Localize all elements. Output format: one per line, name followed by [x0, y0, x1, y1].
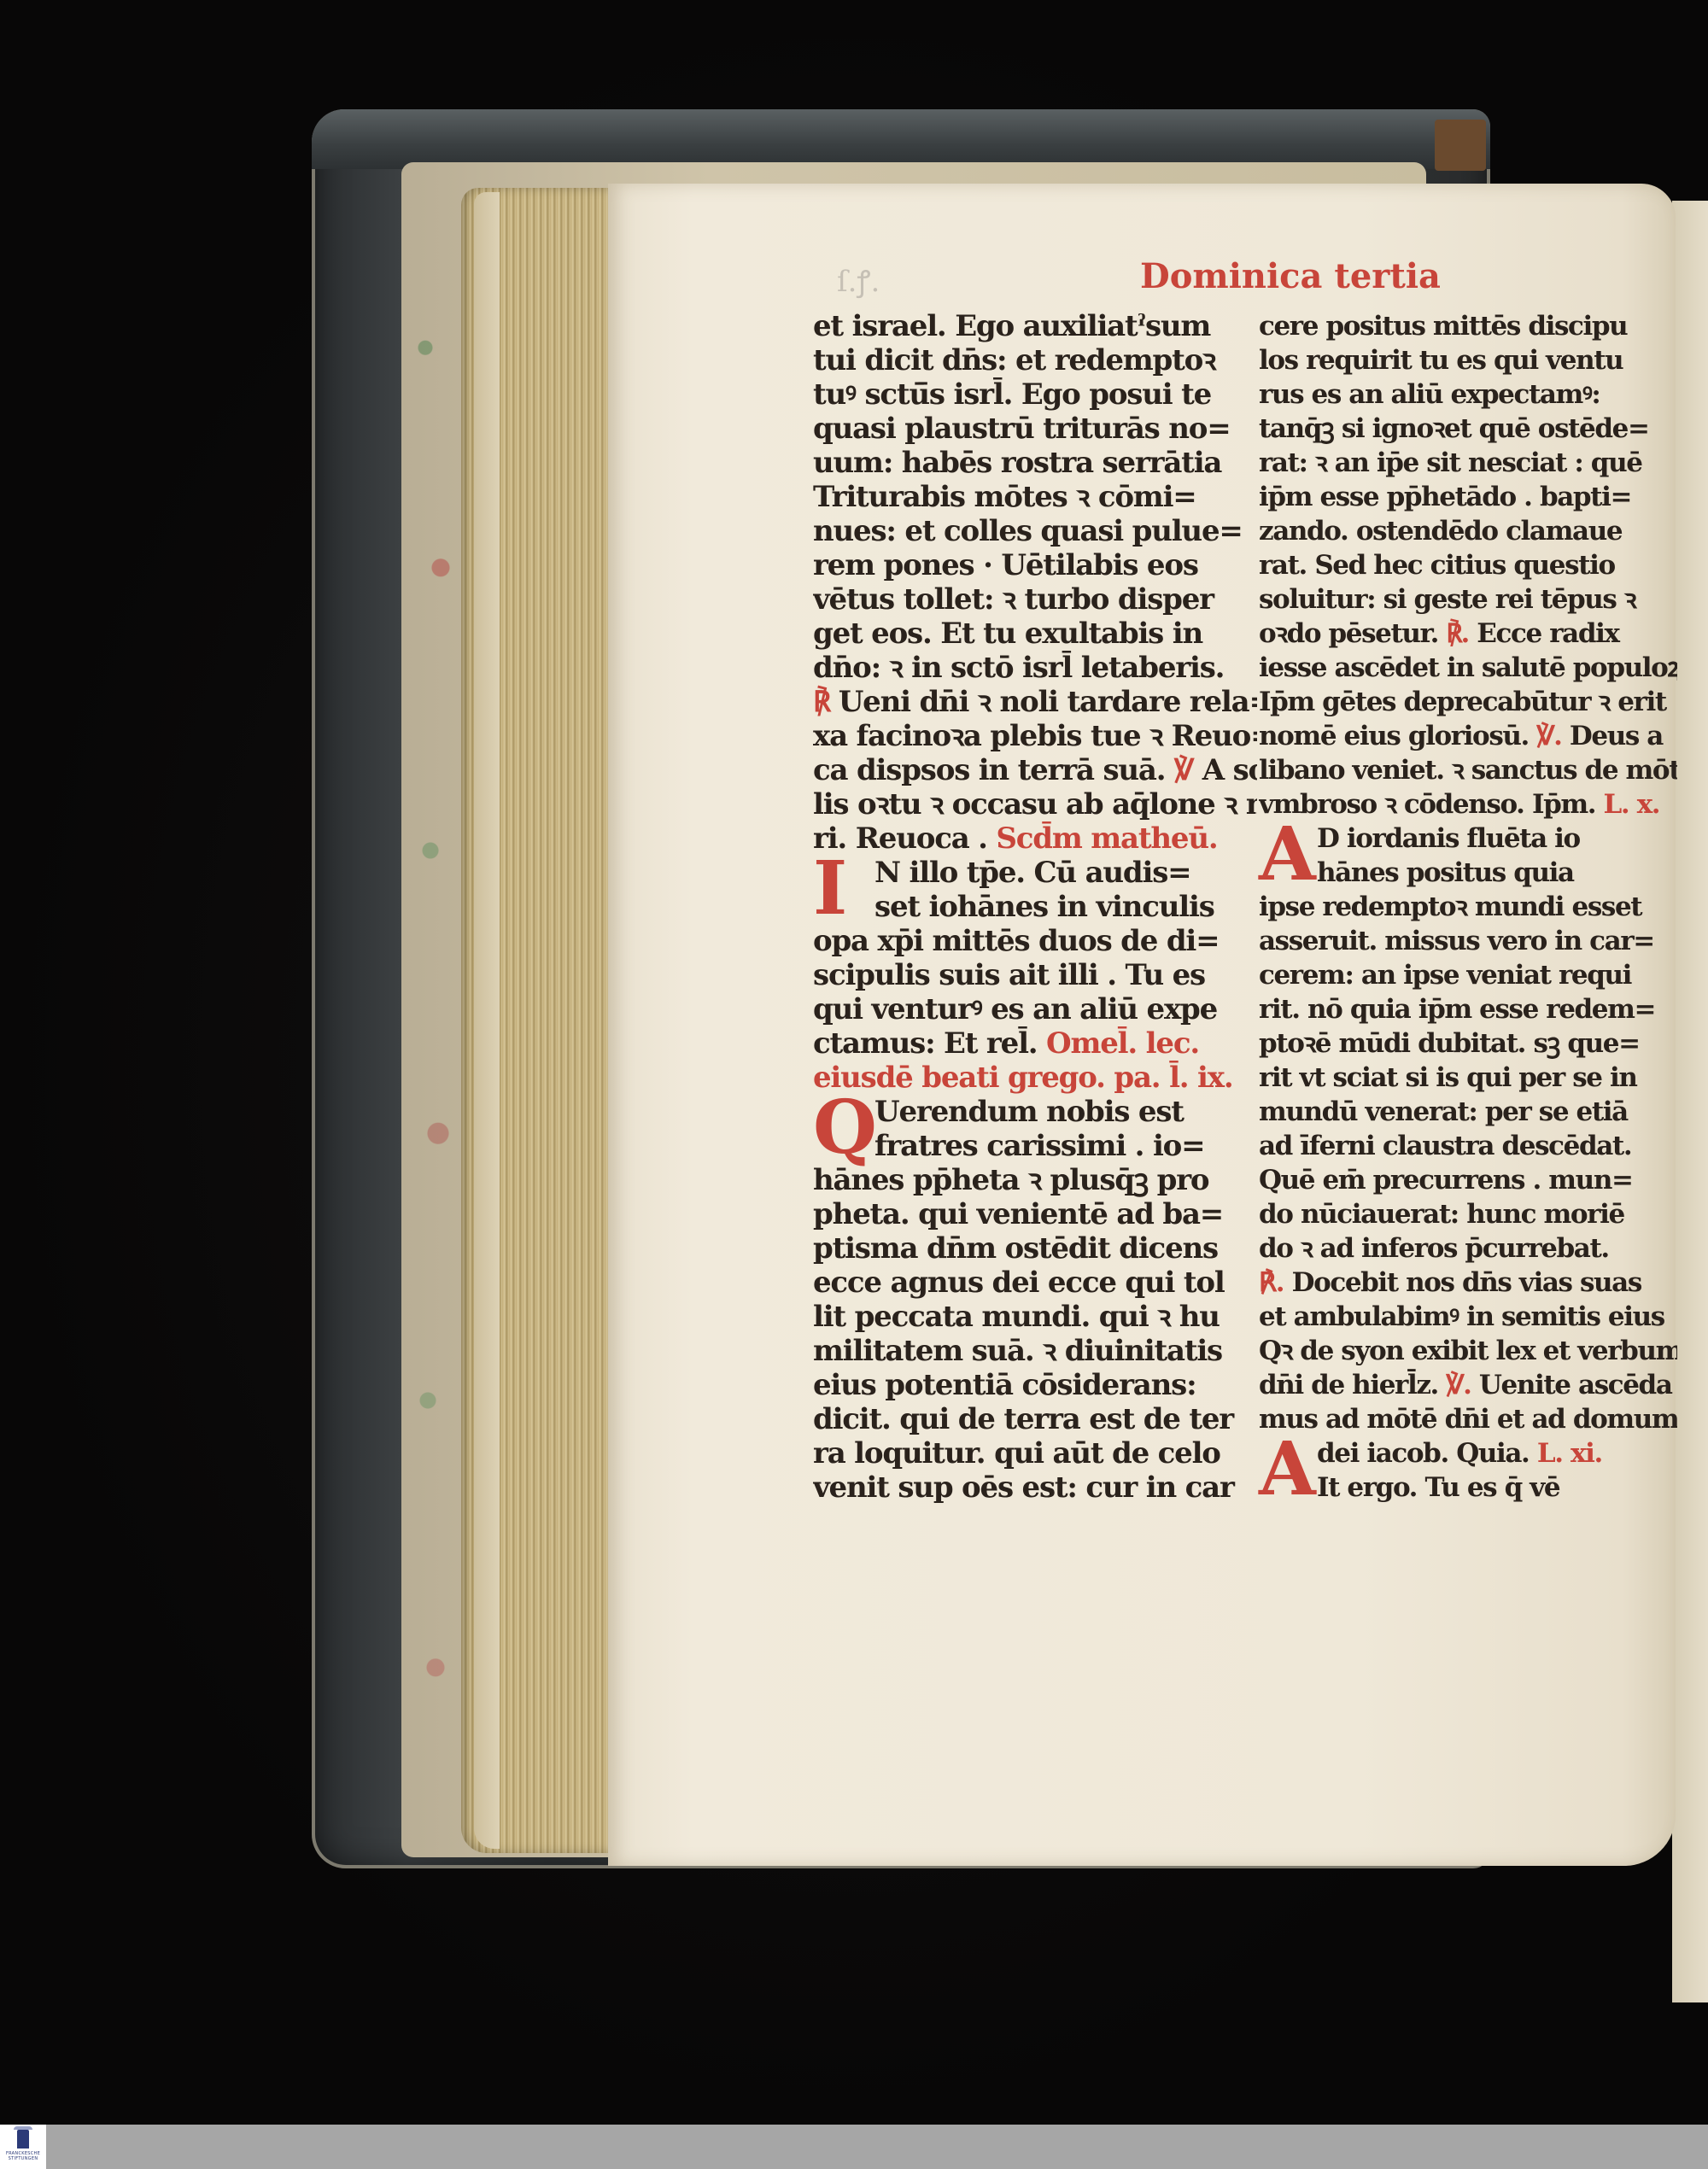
logo-figure-icon — [17, 2130, 29, 2149]
line-text: opa xp̄i mittēs duos de di= — [813, 924, 1219, 958]
line-text: fratres carissimi . io= — [874, 1129, 1204, 1163]
line-text: ptoꝛē mūdi dubitat. sꝫ que= — [1259, 1028, 1640, 1059]
line-text: mundū venerat: per se etiā — [1259, 1096, 1628, 1127]
text-line: ri. Reuoca . Scd̄m matheū. — [813, 821, 1257, 856]
line-text: ecce agnus dei ecce qui tol — [813, 1266, 1225, 1300]
text-line: vmbroso ꝛ cōdenso. Ip̄m. L. x. — [1259, 787, 1677, 821]
line-text: do nūciauerat: hunc moriē — [1259, 1199, 1624, 1230]
rubric-heading: L. x. — [1595, 789, 1659, 820]
text-line: qui venturꝰ es an aliū expe — [813, 992, 1257, 1026]
line-text: soluitur: si geste rei tēpus ꝛ — [1259, 584, 1635, 615]
line-text: iesse ascēdet in salutē populoꝝ — [1259, 652, 1677, 683]
text-line: opa xp̄i mittēs duos de di= — [813, 924, 1257, 958]
rubric-heading: Scd̄m matheū. — [987, 821, 1218, 856]
line-text: Ip̄m gētes deprecabūtur ꝛ erit — [1259, 687, 1666, 717]
line-text: tuꝰ sctū̄s isrl̄. Ego posui te — [813, 377, 1211, 412]
text-line: et ambulabimꝰ in semitis eius — [1259, 1300, 1677, 1334]
text-line: tuꝰ sctū̄s isrl̄. Ego posui te — [813, 377, 1257, 412]
text-line: ad īferni claustra descēdat. — [1259, 1129, 1677, 1163]
text-line: lis oꝛtu ꝛ occasu ab aq̄lone ꝛ ma — [813, 787, 1257, 821]
line-text: It ergo. Tu es q̄ vē — [1317, 1472, 1559, 1503]
line-text: xa facinoꝛa plebis tue ꝛ Reuo= — [813, 719, 1257, 753]
line-text: libano veniet. ꝛ sanctus de mōte — [1259, 755, 1677, 786]
text-line: vētus tollet: ꝛ turbo disper — [813, 582, 1257, 617]
line-text: dn̄i de hierl̄z. — [1259, 1370, 1438, 1400]
text-line: ctamus: Et rel̄. Omel̄. lec. — [813, 1026, 1257, 1061]
page-edge-inner — [474, 192, 500, 1849]
line-text: dn̄o: ꝛ in sctō isrl̄ letaberis. — [813, 651, 1224, 685]
line-text: Quē em̄ precurrens . mun= — [1259, 1165, 1633, 1196]
rubric-mark: ℣ — [1165, 753, 1193, 787]
line-text: cere positus mittēs discipu — [1259, 311, 1627, 342]
line-text: dei iacob. Quia. — [1317, 1438, 1529, 1469]
line-text: ad īferni claustra descēdat. — [1259, 1131, 1631, 1161]
line-text: rus es an aliū expectamꝰ: — [1259, 379, 1600, 410]
running-head: Dominica tertia — [1140, 256, 1441, 296]
text-line: hānes pp̄heta ꝛ plusq̄ꝫ pro — [813, 1163, 1257, 1197]
facing-page-edge — [1672, 201, 1708, 2002]
text-column-left: et israel. Ego auxiliatˀsumtui dicit dn̄… — [813, 309, 1257, 1505]
text-line: ptoꝛē mūdi dubitat. sꝫ que= — [1259, 1026, 1677, 1061]
line-text: Triturabis mōtes ꝛ cōmi= — [813, 480, 1196, 514]
line-text: eius potentiā cōsiderans: — [813, 1368, 1196, 1402]
decorated-initial: Q — [813, 1091, 877, 1165]
line-text: N illo tp̄e. Cū audis= — [874, 856, 1190, 890]
text-line: fratres carissimi . io= — [813, 1129, 1257, 1163]
viewer-footer-bar — [0, 2125, 1708, 2169]
line-text: lit peccata mundi. qui ꝛ hu — [813, 1300, 1220, 1334]
endpaper-floral-decoration — [410, 222, 461, 1793]
text-line: N illo tp̄e. Cū audis= — [813, 856, 1257, 890]
text-line: set iohānes in vinculis — [813, 890, 1257, 924]
line-text: nues: et colles quasi pulue= — [813, 514, 1243, 548]
line-text: D iordanis fluēta io — [1317, 823, 1580, 854]
text-line: xa facinoꝛa plebis tue ꝛ Reuo= — [813, 719, 1257, 753]
line-text: Qꝛ de syon exibit lex et verbum — [1259, 1336, 1677, 1366]
text-line: get eos. Et tu exultabis in — [813, 617, 1257, 651]
text-line: mus ad mōtē dn̄i et ad domum — [1259, 1402, 1677, 1436]
text-line: rus es an aliū expectamꝰ: — [1259, 377, 1677, 412]
text-column-right: cere positus mittēs discipulos requirit … — [1259, 309, 1677, 1505]
line-text: rit. nō quia ip̄m esse redem= — [1259, 994, 1655, 1025]
line-text: get eos. Et tu exultabis in — [813, 617, 1202, 651]
text-line: libano veniet. ꝛ sanctus de mōte — [1259, 753, 1677, 787]
line-text: Uerendum nobis est — [874, 1095, 1184, 1129]
text-line: iesse ascēdet in salutē populoꝝ — [1259, 651, 1677, 685]
line-text: hānes positus quia — [1317, 857, 1574, 888]
line-text: set iohānes in vinculis — [874, 890, 1214, 924]
text-line: tanq̄ꝫ si ignoꝛet quē ostēde= — [1259, 412, 1677, 446]
text-line: dn̄i de hierl̄z. ℣. Uenite ascēda — [1259, 1368, 1677, 1402]
line-text: oꝛdo pēsetur. — [1259, 618, 1438, 649]
text-line: ipse redemptoꝛ mundi esset — [1259, 890, 1677, 924]
rubric-heading: Omel̄. lec. — [1037, 1026, 1199, 1061]
decorated-initial: A — [1259, 1433, 1316, 1506]
text-line: dicit. qui de terra est de ter — [813, 1402, 1257, 1436]
line-text: rem pones · Uētilabis eos — [813, 548, 1198, 582]
line-text: vētus tollet: ꝛ turbo disper — [813, 582, 1214, 617]
line-text: et ambulabimꝰ in semitis eius — [1259, 1301, 1664, 1332]
decorated-initial: I — [813, 852, 847, 926]
line-text: quasi plaustrū triturās no= — [813, 412, 1231, 446]
text-line: rat: ꝛ an ip̄e sit nesciat : quē — [1259, 446, 1677, 480]
line-text: rit vt sciat si is qui per se in — [1259, 1062, 1636, 1093]
line-text: uum: habēs rostra serrātia — [813, 446, 1221, 480]
text-line: do ꝛ ad inferos p̄currebat. — [1259, 1231, 1677, 1266]
text-line: eius potentiā cōsiderans: — [813, 1368, 1257, 1402]
text-line: It ergo. Tu es q̄ vē — [1259, 1470, 1677, 1505]
text-line: Ip̄m gētes deprecabūtur ꝛ erit — [1259, 685, 1677, 719]
rubric-mark: ℣. — [1529, 721, 1562, 751]
line-text: ip̄m esse pp̄hetādo . bapti= — [1259, 482, 1631, 512]
book-clasp — [1435, 120, 1486, 171]
text-line: ip̄m esse pp̄hetādo . bapti= — [1259, 480, 1677, 514]
show-through-folio: ſ.ꝭ. — [837, 260, 880, 300]
text-line: quasi plaustrū triturās no= — [813, 412, 1257, 446]
text-line: nomē eius gloriosū. ℣. Deus a — [1259, 719, 1677, 753]
text-line: mundū venerat: per se etiā — [1259, 1095, 1677, 1129]
text-line: ra loquitur. qui aūt de celo — [813, 1436, 1257, 1470]
line-text: tui dicit dn̄s: et redemptoꝛ — [813, 343, 1215, 377]
logo-text: FRANCKESCHE STIFTUNGEN — [6, 2151, 40, 2161]
line-text: Deus a — [1562, 721, 1663, 751]
line-text: rat. Sed hec citius questio — [1259, 550, 1615, 581]
text-line: oꝛdo pēsetur. ℟. Ecce radix — [1259, 617, 1677, 651]
text-line: Uerendum nobis est — [813, 1095, 1257, 1129]
text-line: los requirit tu es qui ventu — [1259, 343, 1677, 377]
line-text: venit sup oēs est: cur in car — [813, 1470, 1234, 1505]
book-cover-top-edge — [312, 109, 1490, 169]
line-text: asseruit. missus vero in car= — [1259, 926, 1654, 956]
text-line: ecce agnus dei ecce qui tol — [813, 1266, 1257, 1300]
line-text: ptisma dn̄m ostēdit dicens — [813, 1231, 1218, 1266]
line-text: nomē eius gloriosū. — [1259, 721, 1529, 751]
line-text: Docebit nos dn̄s vias suas — [1292, 1267, 1641, 1298]
text-line: do nūciauerat: hunc moriē — [1259, 1197, 1677, 1231]
text-line: ℟ Ueni dn̄i ꝛ noli tardare rela= — [813, 685, 1257, 719]
line-text: ctamus: Et rel̄. — [813, 1026, 1037, 1061]
text-line: ca dispsos in terrā suā. ℣ A so — [813, 753, 1257, 787]
text-line: eiusdē beati grego. pa. l̄. ix. — [813, 1061, 1257, 1095]
line-text: Ecce radix — [1469, 618, 1619, 649]
line-text: los requirit tu es qui ventu — [1259, 345, 1623, 376]
line-text: do ꝛ ad inferos p̄currebat. — [1259, 1233, 1609, 1264]
line-text: mus ad mōtē dn̄i et ad domum — [1259, 1404, 1677, 1435]
line-text: Ueni dn̄i ꝛ noli tardare rela= — [839, 685, 1257, 719]
text-line: rit. nō quia ip̄m esse redem= — [1259, 992, 1677, 1026]
text-line: tui dicit dn̄s: et redemptoꝛ — [813, 343, 1257, 377]
text-line: ℟. Docebit nos dn̄s vias suas — [1259, 1266, 1677, 1300]
line-text: et israel. Ego auxiliatˀsum — [813, 309, 1210, 343]
text-line: militatem suā. ꝛ diuinitatis — [813, 1334, 1257, 1368]
text-line: scipulis suis ait illi . Tu es — [813, 958, 1257, 992]
text-line: cerem: an ipse veniat requi — [1259, 958, 1677, 992]
line-text: ca dispsos in terrā suā. — [813, 753, 1165, 787]
line-text: ra loquitur. qui aūt de celo — [813, 1436, 1220, 1470]
text-line: nues: et colles quasi pulue= — [813, 514, 1257, 548]
line-text: Uenite ascēda — [1471, 1370, 1672, 1400]
line-text: rat: ꝛ an ip̄e sit nesciat : quē — [1259, 447, 1642, 478]
text-line: venit sup oēs est: cur in car — [813, 1470, 1257, 1505]
text-line: asseruit. missus vero in car= — [1259, 924, 1677, 958]
text-line: soluitur: si geste rei tēpus ꝛ — [1259, 582, 1677, 617]
text-line: rem pones · Uētilabis eos — [813, 548, 1257, 582]
line-text: ipse redemptoꝛ mundi esset — [1259, 892, 1641, 922]
rubric-mark: ℣. — [1438, 1370, 1471, 1400]
text-line: uum: habēs rostra serrātia — [813, 446, 1257, 480]
text-line: hānes positus quia — [1259, 856, 1677, 890]
line-text: qui venturꝰ es an aliū expe — [813, 992, 1217, 1026]
text-line: et israel. Ego auxiliatˀsum — [813, 309, 1257, 343]
institution-logo[interactable]: FRANCKESCHE STIFTUNGEN — [0, 2125, 46, 2169]
line-text: tanq̄ꝫ si ignoꝛet quē ostēde= — [1259, 413, 1649, 444]
line-text: pheta. qui venientē ad ba= — [813, 1197, 1223, 1231]
line-text: militatem suā. ꝛ diuinitatis — [813, 1334, 1222, 1368]
text-line: Qꝛ de syon exibit lex et verbum — [1259, 1334, 1677, 1368]
text-line: zando. ostendēdo clamaue — [1259, 514, 1677, 548]
text-line: cere positus mittēs discipu — [1259, 309, 1677, 343]
text-line: Quē em̄ precurrens . mun= — [1259, 1163, 1677, 1197]
line-text: zando. ostendēdo clamaue — [1259, 516, 1622, 547]
text-line: rit vt sciat si is qui per se in — [1259, 1061, 1677, 1095]
text-line: lit peccata mundi. qui ꝛ hu — [813, 1300, 1257, 1334]
text-line: ptisma dn̄m ostēdit dicens — [813, 1231, 1257, 1266]
line-text: lis oꝛtu ꝛ occasu ab aq̄lone ꝛ ma — [813, 787, 1257, 821]
text-line: Triturabis mōtes ꝛ cōmi= — [813, 480, 1257, 514]
rubric-mark: ℟. — [1259, 1267, 1292, 1298]
text-line: pheta. qui venientē ad ba= — [813, 1197, 1257, 1231]
line-text: dicit. qui de terra est de ter — [813, 1402, 1233, 1436]
text-line: D iordanis fluēta io — [1259, 821, 1677, 856]
rubric-mark: ℟. — [1438, 618, 1469, 649]
line-text: scipulis suis ait illi . Tu es — [813, 958, 1205, 992]
line-text: A so — [1193, 753, 1257, 787]
text-line: dei iacob. Quia. L. xi. — [1259, 1436, 1677, 1470]
decorated-initial: A — [1259, 818, 1316, 892]
line-text: cerem: an ipse veniat requi — [1259, 960, 1631, 991]
rubric-mark: ℟ — [813, 685, 839, 719]
text-line: dn̄o: ꝛ in sctō isrl̄ letaberis. — [813, 651, 1257, 685]
rubric-heading: L. xi. — [1529, 1438, 1601, 1469]
text-line: rat. Sed hec citius questio — [1259, 548, 1677, 582]
